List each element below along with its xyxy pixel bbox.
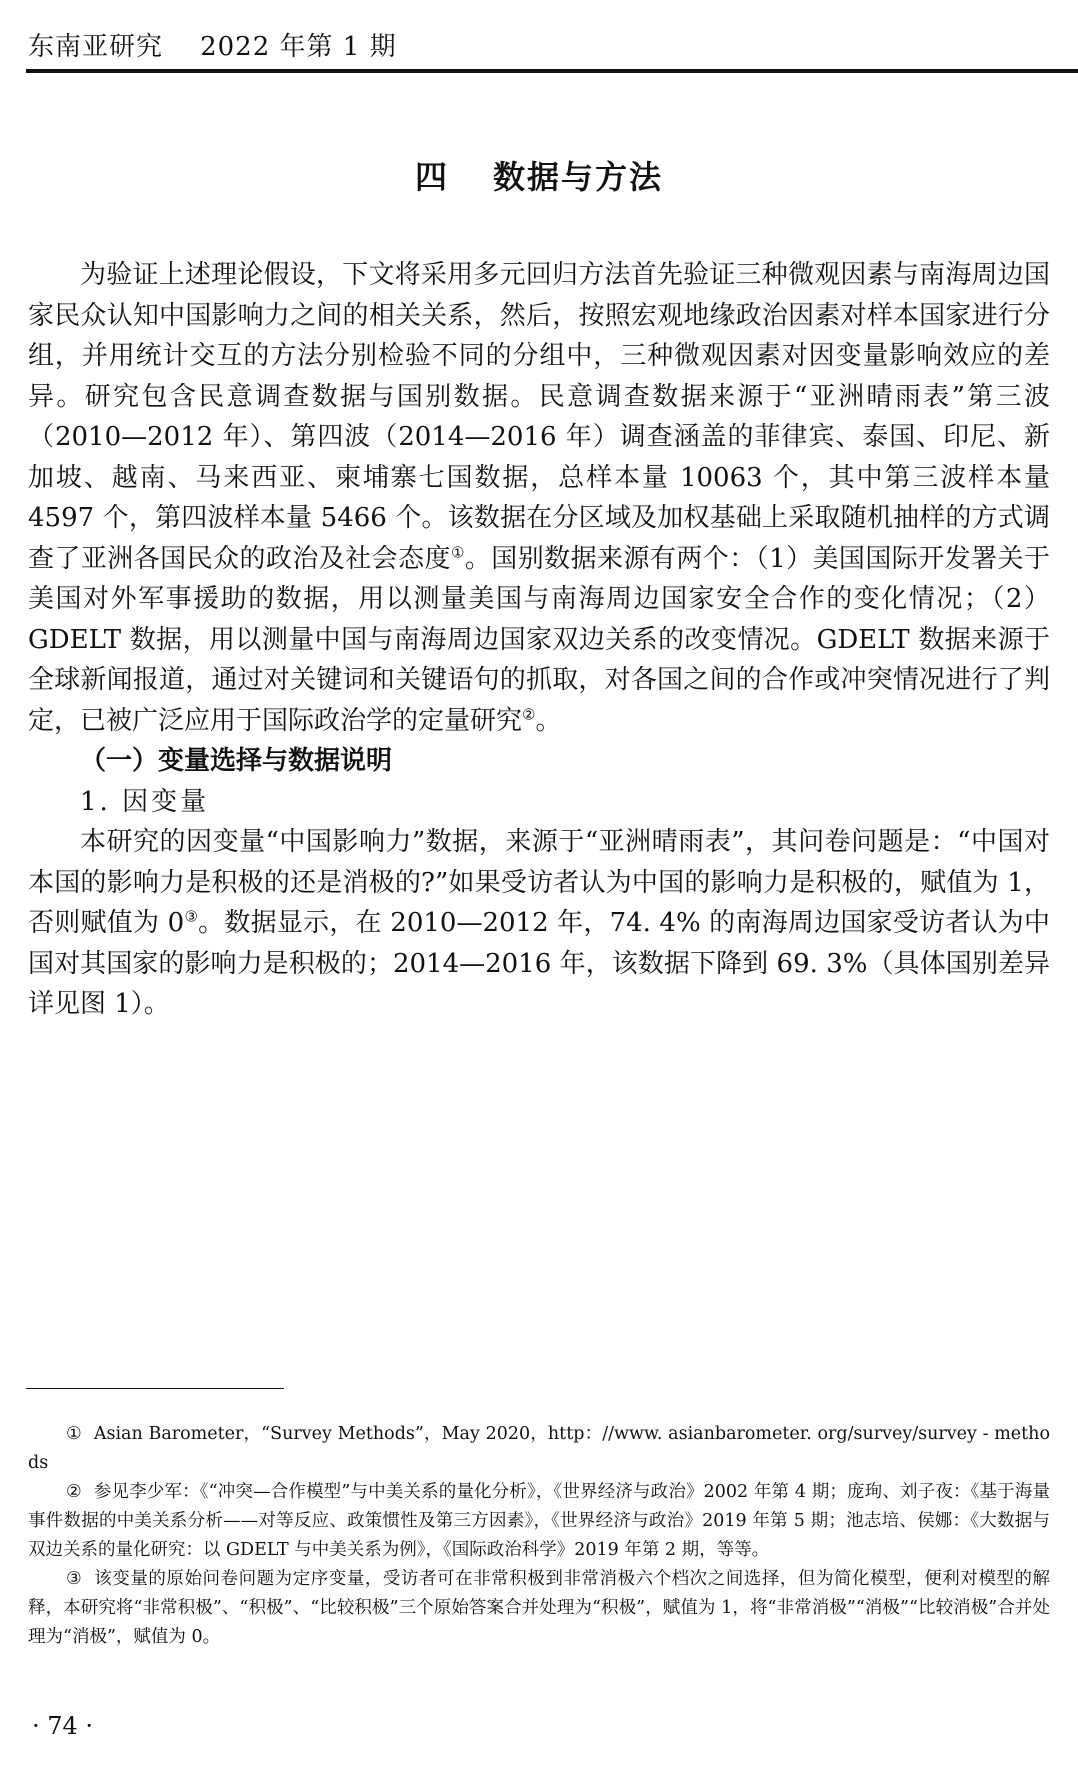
paragraph-1: 为验证上述理论假设，下文将采用多元回归方法首先验证三种微观因素与南海周边国家民众… [28,255,1050,741]
footnote-mark: ① [66,1424,82,1444]
footnote-ref-2[interactable]: ② [522,705,535,723]
paragraph-2: 本研究的因变量“中国影响力”数据，来源于“亚洲晴雨表”，其问卷问题是：“中国对本… [28,822,1050,1025]
section-title: 四数据与方法 [0,152,1078,198]
footnote-2: ②参见李少军：《“冲突—合作模型”与中美关系的量化分析》，《世界经济与政治》20… [28,1478,1050,1565]
header-rule [26,69,1078,73]
page-number: · 74 · [32,1712,93,1740]
footnote-text: 参见李少军：《“冲突—合作模型”与中美关系的量化分析》，《世界经济与政治》200… [28,1482,1050,1560]
footnote-1: ①Asian Barometer，“Survey Methods”，May 20… [28,1420,1050,1478]
running-header: 东南亚研究 2022 年第 1 期 [28,26,397,63]
footnote-ref-3[interactable]: ③ [184,907,198,925]
section-number: 四 [415,158,449,196]
subsection-heading: （一）变量选择与数据说明 [28,741,1050,782]
paragraph-text: 为验证上述理论假设，下文将采用多元回归方法首先验证三种微观因素与南海周边国家民众… [28,260,1050,574]
journal-name: 东南亚研究 [28,32,163,62]
section-heading: 数据与方法 [493,158,663,196]
footnote-separator [26,1388,284,1389]
footnote-3: ③该变量的原始问卷问题为定序变量，受访者可在非常积极到非常消极六个档次之间选择，… [28,1565,1050,1652]
footnote-text: 该变量的原始问卷问题为定序变量，受访者可在非常积极到非常消极六个档次之间选择，但… [28,1569,1050,1647]
footnote-mark: ② [66,1482,82,1502]
footnote-ref-1[interactable]: ① [451,543,465,561]
body-text: 为验证上述理论假设，下文将采用多元回归方法首先验证三种微观因素与南海周边国家民众… [28,255,1050,1025]
paragraph-text: 。 [535,706,561,736]
issue-label: 2022 年第 1 期 [200,32,397,62]
footnote-text: Asian Barometer，“Survey Methods”，May 202… [28,1424,1050,1473]
sub-subsection-heading: 1. 因变量 [28,782,1050,823]
footnote-mark: ③ [66,1569,82,1589]
footnotes: ①Asian Barometer，“Survey Methods”，May 20… [28,1420,1050,1652]
